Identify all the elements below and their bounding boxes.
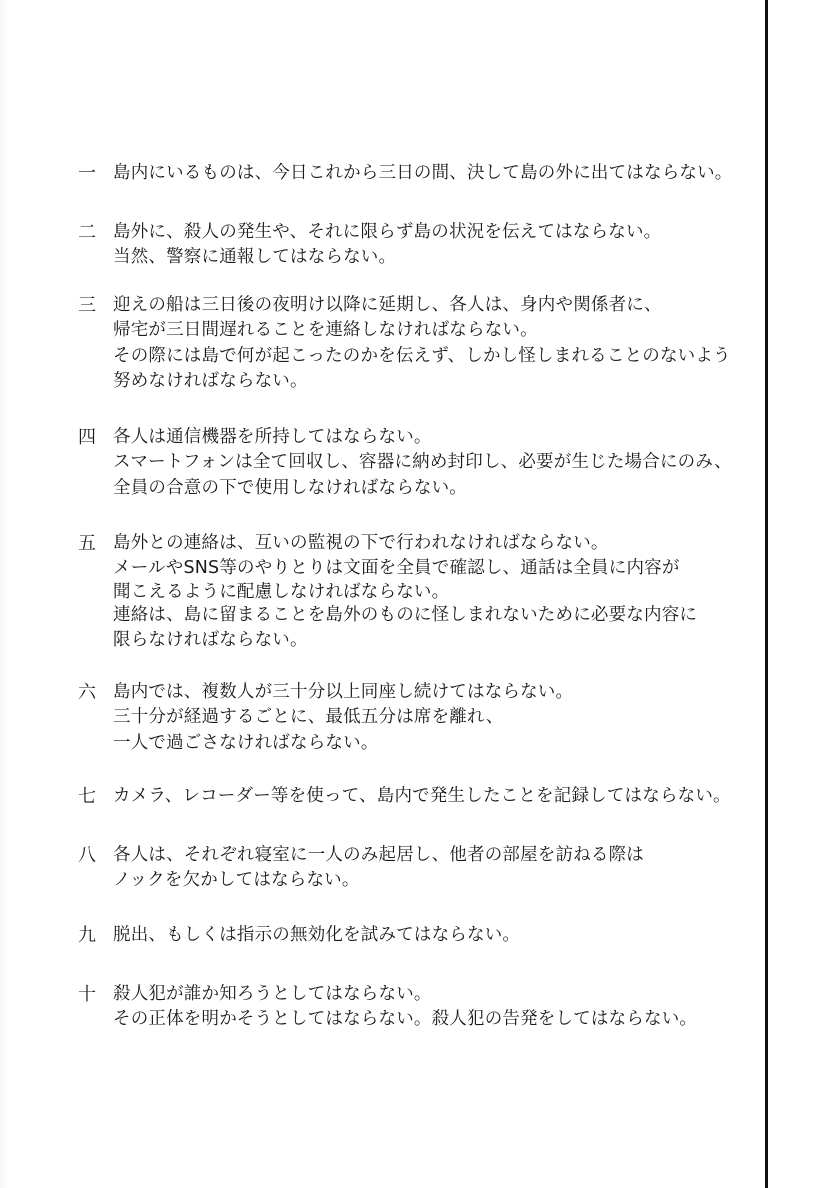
rule-line: 限らなければならない。 — [113, 628, 763, 653]
rule-number: 五 — [78, 531, 108, 556]
rule-text: 各人は通信機器を所持してはならない。 スマートフォンは全て回収し、容器に納め封印… — [113, 425, 763, 501]
rule-line: 各人は、それぞれ寝室に一人のみ起居し、他者の部屋を訪ねる際は — [113, 843, 763, 868]
rule-number: 一 — [78, 161, 108, 186]
rule-line: 島内では、複数人が三十分以上同座し続けてはならない。 — [113, 680, 763, 705]
rule-number: 三 — [78, 293, 108, 318]
rule-line: メールやSNS等のやりとりは文面を全員で確認し、通話は全員に内容が — [113, 556, 763, 581]
rule-text: 島内にいるものは、今日これから三日の間、決して島の外に出てはならない。 — [113, 161, 763, 186]
rule-line: 脱出、もしくは指示の無効化を試みてはならない。 — [113, 923, 763, 948]
rule-line: 聞こえるように配慮しなければならない。 — [113, 582, 763, 603]
rule-number: 六 — [78, 680, 108, 705]
rule-line: 努めなければならない。 — [113, 369, 763, 394]
rule-line: 島外との連絡は、互いの監視の下で行われなければならない。 — [113, 531, 763, 556]
rule-line: 島内にいるものは、今日これから三日の間、決して島の外に出てはならない。 — [113, 161, 763, 186]
rule-line: 当然、警察に通報してはならない。 — [113, 245, 763, 270]
rule-text: 迎えの船は三日後の夜明け以降に延期し、各人は、身内や関係者に、 帰宅が三日間遅れ… — [113, 293, 763, 394]
rule-number: 四 — [78, 425, 108, 450]
rule-line: 各人は通信機器を所持してはならない。 — [113, 425, 763, 450]
rule-line: カメラ、レコーダー等を使って、島内で発生したことを記録してはならない。 — [113, 784, 763, 809]
rule-line: 一人で過ごさなければならない。 — [113, 731, 763, 756]
rule-line: ノックを欠かしてはならない。 — [113, 868, 763, 893]
rule-text: 島外との連絡は、互いの監視の下で行われなければならない。 メールやSNS等のやり… — [113, 531, 763, 653]
rule-text: 殺人犯が誰か知ろうとしてはならない。 その正体を明かそうとしてはならない。殺人犯… — [113, 982, 763, 1033]
rule-number: 七 — [78, 784, 108, 809]
page-margin-rule — [765, 0, 768, 1188]
rule-line: 殺人犯が誰か知ろうとしてはならない。 — [113, 982, 763, 1007]
rule-number: 二 — [78, 220, 108, 245]
rule-number: 八 — [78, 843, 108, 868]
rule-line: 迎えの船は三日後の夜明け以降に延期し、各人は、身内や関係者に、 — [113, 293, 763, 318]
rule-text: 島内では、複数人が三十分以上同座し続けてはならない。 三十分が経過するごとに、最… — [113, 680, 763, 756]
rule-number: 十 — [78, 982, 108, 1007]
rule-text: カメラ、レコーダー等を使って、島内で発生したことを記録してはならない。 — [113, 784, 763, 809]
rule-line: 帰宅が三日間遅れることを連絡しなければならない。 — [113, 318, 763, 343]
rule-line: スマートフォンは全て回収し、容器に納め封印し、必要が生じた場合にのみ、 — [113, 450, 763, 475]
scan-edge — [0, 0, 8, 1188]
rule-text: 島外に、殺人の発生や、それに限らず島の状況を伝えてはならない。 当然、警察に通報… — [113, 220, 763, 271]
rule-line: 全員の合意の下で使用しなければならない。 — [113, 476, 763, 501]
rule-text: 脱出、もしくは指示の無効化を試みてはならない。 — [113, 923, 763, 948]
rule-line: 島外に、殺人の発生や、それに限らず島の状況を伝えてはならない。 — [113, 220, 763, 245]
rule-line: その際には島で何が起こったのかを伝えず、しかし怪しまれることのないよう — [113, 344, 763, 369]
rule-line: 三十分が経過するごとに、最低五分は席を離れ、 — [113, 705, 763, 730]
document-page: 一 島内にいるものは、今日これから三日の間、決して島の外に出てはならない。 二 … — [0, 0, 836, 1188]
rule-line: 連絡は、島に留まることを島外のものに怪しまれないために必要な内容に — [113, 603, 763, 628]
rule-text: 各人は、それぞれ寝室に一人のみ起居し、他者の部屋を訪ねる際は ノックを欠かしては… — [113, 843, 763, 894]
rule-line: その正体を明かそうとしてはならない。殺人犯の告発をしてはならない。 — [113, 1007, 763, 1032]
rule-number: 九 — [78, 923, 108, 948]
